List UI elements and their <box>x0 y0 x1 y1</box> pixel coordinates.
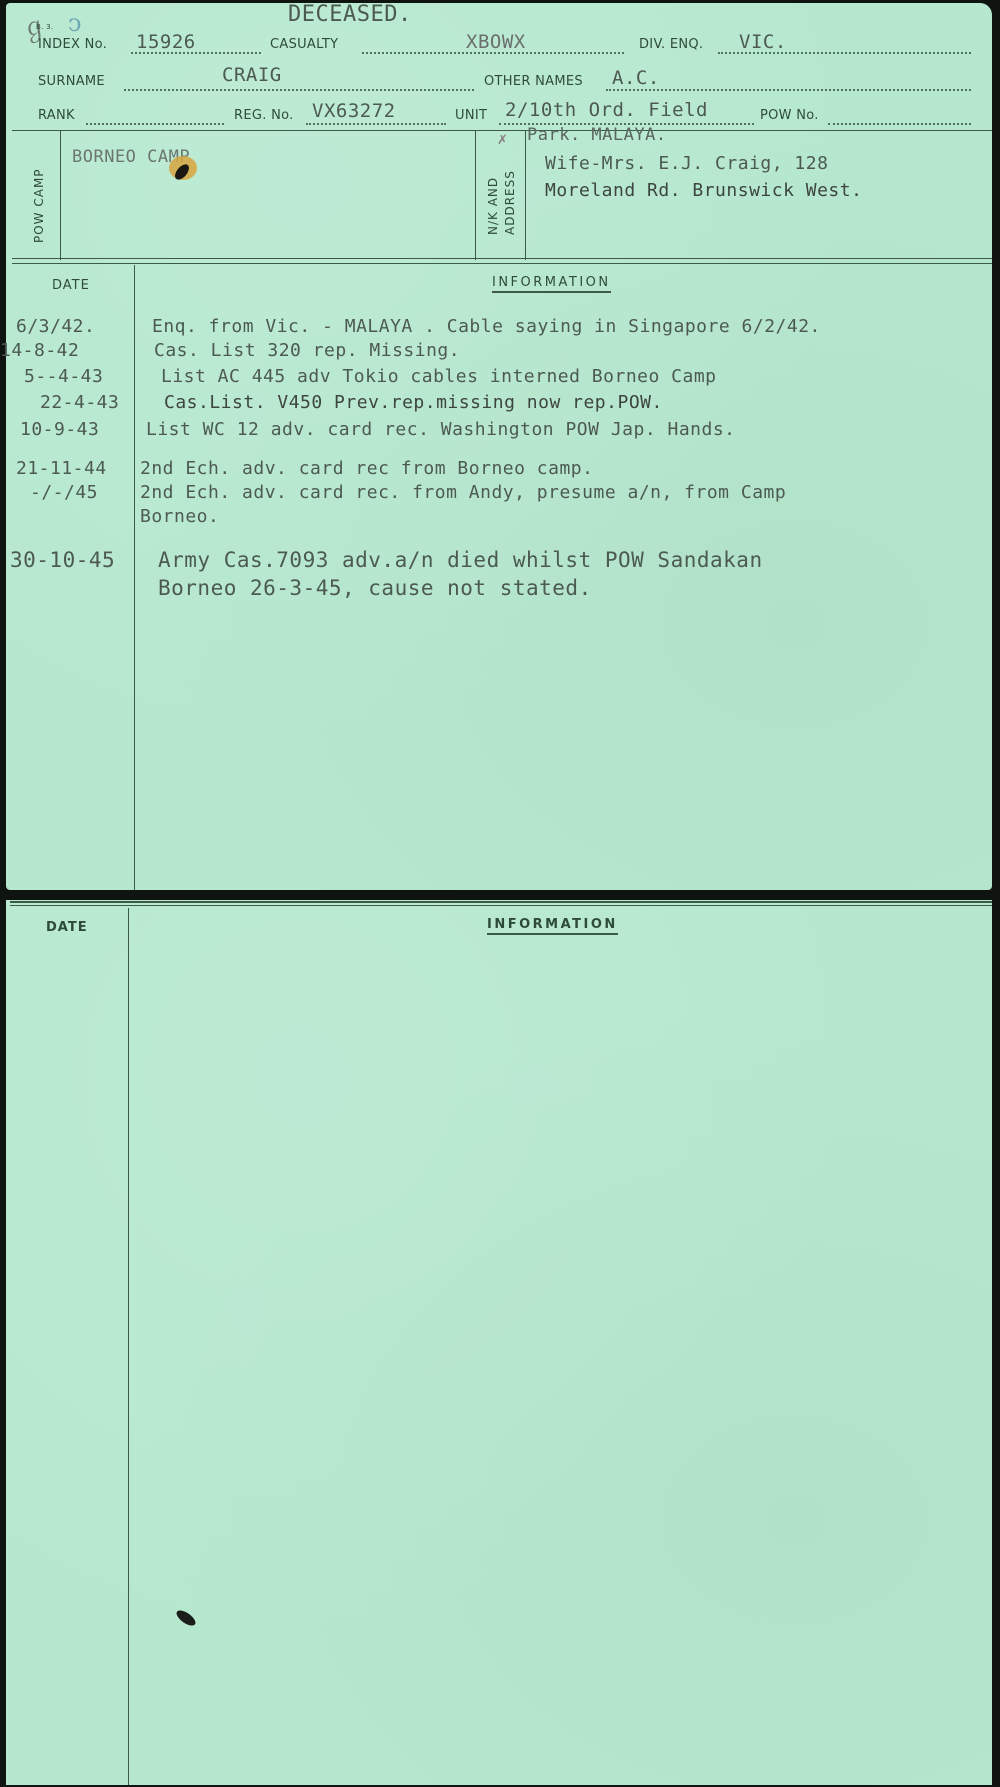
entry-info: Cas. List 320 rep. Missing. <box>154 340 460 361</box>
rank-label: RANK <box>38 108 75 123</box>
record-card-front: ℊ ↄ B. 3. DECEASED. INDEX No. 15926 CASU… <box>6 3 992 890</box>
entry-date: 6/3/42. <box>16 316 95 337</box>
address-line-3: Moreland Rd. Brunswick West. <box>545 180 862 201</box>
entry-info: Army Cas.7093 adv.a/n died whilst POW Sa… <box>158 548 763 572</box>
entry-date: 10-9-43 <box>20 419 99 440</box>
other-names-value: A.C. <box>612 67 660 89</box>
div-enq-label: DIV. ENQ. <box>639 37 703 52</box>
ink-blot <box>172 1605 202 1635</box>
unit-label: UNIT <box>455 108 487 123</box>
blue-tick-icon: ↄ <box>68 9 81 37</box>
staple-hole-stain <box>161 148 206 193</box>
entry-date: -/-/45 <box>30 482 98 503</box>
address-line-1: Park. MALAYA. <box>527 125 667 145</box>
casualty-label: CASUALTY <box>270 37 338 52</box>
other-names-label: OTHER NAMES <box>484 74 583 89</box>
entry-date: 5--4-43 <box>24 366 103 387</box>
form-code: B. 3. <box>36 23 53 31</box>
entry-date: 14-8-42 <box>0 340 79 361</box>
date-header: DATE <box>52 278 90 293</box>
entry-info: List WC 12 adv. card rec. Washington POW… <box>146 419 736 440</box>
pencil-cross-icon: ✗ <box>497 133 508 148</box>
information-header: INFORMATION <box>487 917 618 935</box>
unit-value: 2/10th Ord. Field <box>505 99 708 121</box>
address-label: ADDRESS <box>503 170 517 235</box>
index-no-label: INDEX No. <box>38 37 107 52</box>
reg-no-value: VX63272 <box>312 100 396 122</box>
entry-info: Enq. from Vic. - MALAYA . Cable saying i… <box>152 316 821 337</box>
entry-info: Borneo. <box>140 506 219 527</box>
entry-info: 2nd Ech. adv. card rec from Borneo camp. <box>140 458 593 479</box>
reg-no-label: REG. No. <box>234 108 294 123</box>
entry-info: 2nd Ech. adv. card rec. from Andy, presu… <box>140 482 786 503</box>
entry-date: 21-11-44 <box>16 458 107 479</box>
address-line-2: Wife-Mrs. E.J. Craig, 128 <box>545 153 828 174</box>
entry-date: 30-10-45 <box>10 548 115 572</box>
div-enq-value: VIC. <box>739 31 787 53</box>
surname-label: SURNAME <box>38 74 105 89</box>
entry-info: Borneo 26-3-45, cause not stated. <box>158 576 592 600</box>
information-header: INFORMATION <box>492 275 611 293</box>
entry-info: Cas.List. V450 Prev.rep.missing now rep.… <box>164 392 663 413</box>
pow-camp-label: POW CAMP <box>32 168 46 243</box>
date-header: DATE <box>46 920 88 935</box>
deceased-stamp: DECEASED. <box>288 2 412 27</box>
entry-date: 22-4-43 <box>40 392 119 413</box>
surname-value: CRAIG <box>222 64 282 86</box>
entry-info: List AC 445 adv Tokio cables interned Bo… <box>161 366 717 387</box>
record-card-back: DATE INFORMATION <box>6 900 992 1785</box>
casualty-value: XBOWX <box>466 31 526 53</box>
pow-no-label: POW No. <box>760 108 819 123</box>
index-no-value: 15926 <box>136 31 196 53</box>
nk-and-label: N/K AND <box>486 177 500 235</box>
